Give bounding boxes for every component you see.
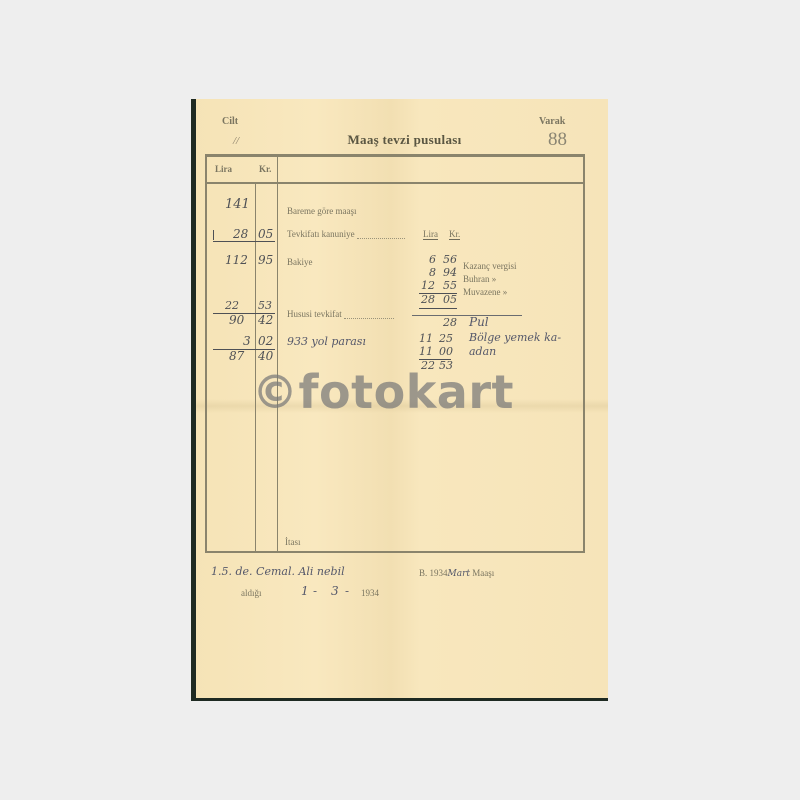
dotted-leader	[357, 238, 405, 239]
deductions-total-kr: 05	[443, 293, 457, 306]
itasi-label: İtası	[285, 537, 301, 547]
watermark: ©fotokart	[252, 365, 514, 419]
sub-header-kr: Kr.	[449, 229, 460, 240]
row-4-lira: 22	[225, 299, 239, 312]
header-divider	[207, 182, 583, 184]
row-7-kr: 40	[258, 349, 273, 363]
sub-header-lira: Lira	[423, 229, 438, 240]
special-3-note: adan	[469, 345, 496, 358]
deductions-total-underline	[419, 308, 457, 309]
row-3-label: Bakiye	[287, 257, 313, 267]
row-6-lira: 3	[243, 334, 251, 348]
deductions-total-lira: 28	[421, 293, 435, 306]
deduction-1-label: Kazanç vergisi	[463, 261, 517, 271]
special-2-kr: 25	[439, 332, 453, 345]
kr-column-divider	[277, 157, 278, 551]
cilt-label: Cilt	[222, 116, 238, 127]
special-3-lira: 11	[419, 345, 433, 358]
period-line: B. 1934Mart Maaşı	[419, 568, 494, 579]
row-5-lira: 90	[229, 313, 244, 327]
row-2-lira: 28	[233, 227, 248, 241]
dotted-leader	[344, 318, 394, 319]
special-2-lira: 11	[419, 332, 433, 345]
period-suffix: Maaşı	[472, 568, 494, 578]
deduction-2-lira: 8	[429, 266, 436, 279]
header-lira: Lira	[215, 164, 232, 174]
date-month: 3	[331, 584, 339, 598]
row-4-label-text: Hususi tevkifat	[287, 309, 342, 319]
received-label: aldığı	[241, 588, 262, 598]
document-title: Maaş tevzi pusulası	[191, 132, 608, 148]
row-6-label: 933 yol parası	[287, 335, 366, 348]
date-day: 1	[301, 584, 309, 598]
special-2-note: Bölge yemek ka-	[469, 331, 561, 344]
row-2-label-text: Tevkifatı kanuniye	[287, 229, 355, 239]
deduction-2-label: Buhran »	[463, 274, 496, 284]
deduction-3-lira: 12	[421, 279, 435, 292]
date-separator: -	[345, 584, 349, 598]
salary-table: Lira Kr. 141 Bareme göre maaşı 28 05 Tev…	[205, 154, 585, 553]
period-prefix: B. 1934	[419, 568, 448, 578]
date-year: 1934	[361, 588, 379, 598]
deduction-3-label: Muvazene »	[463, 287, 507, 297]
recipient-name: 1.5. de. Cemal. Ali nebil	[211, 565, 345, 578]
tick-mark	[213, 230, 216, 240]
row-3-kr: 95	[258, 253, 273, 267]
special-rule	[412, 315, 522, 316]
row-3-lira: 112	[225, 253, 248, 267]
special-1-note: Pul	[469, 315, 489, 329]
varak-label: Varak	[539, 116, 565, 127]
deduction-1-kr: 56	[443, 253, 457, 266]
row-2-underline	[213, 241, 275, 242]
special-3-kr: 00	[439, 345, 453, 358]
row-2-kr: 05	[258, 227, 273, 241]
special-1-kr: 28	[443, 316, 457, 329]
period-month: Mart	[448, 569, 471, 579]
row-4-kr: 53	[258, 299, 272, 312]
row-5-kr: 42	[258, 313, 273, 327]
row-1-label: Bareme göre maaşı	[287, 206, 356, 216]
row-2-label: Tevkifatı kanuniye	[287, 229, 405, 239]
row-7-lira: 87	[229, 349, 244, 363]
date-separator: -	[313, 584, 317, 598]
header-kr: Kr.	[259, 164, 271, 174]
deduction-1-lira: 6	[429, 253, 436, 266]
varak-number: 88	[548, 129, 567, 151]
deduction-3-kr: 55	[443, 279, 457, 292]
row-6-kr: 02	[258, 334, 273, 348]
deduction-2-kr: 94	[443, 266, 457, 279]
row-4-label: Hususi tevkifat	[287, 309, 394, 319]
row-1-lira: 141	[225, 197, 250, 212]
